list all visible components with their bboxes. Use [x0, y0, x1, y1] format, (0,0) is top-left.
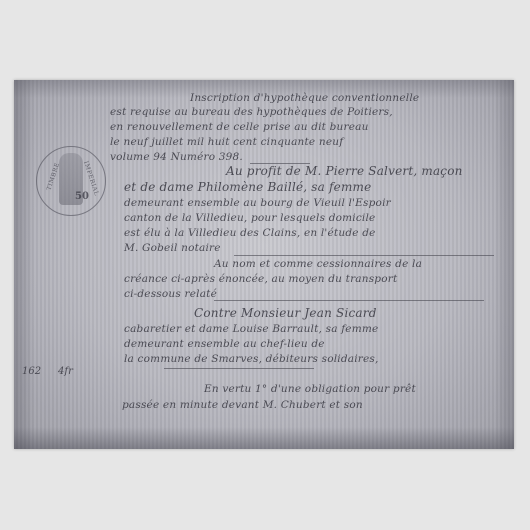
document-sheet: TIMBRE IMPERIAL 50 Inscription d'hypothè…	[14, 80, 514, 449]
text-line: ci-dessous relaté	[124, 288, 217, 300]
text-line: la commune de Smarves, débiteurs solidai…	[124, 353, 379, 365]
text-line: En vertu 1° d'une obligation pour prêt	[204, 383, 416, 395]
divider	[164, 368, 314, 369]
text-line: le neuf juillet mil huit cent cinquante …	[110, 136, 343, 148]
text-line: en renouvellement de celle prise au dit …	[110, 121, 369, 133]
text-line: est élu à la Villedieu des Clains, en l'…	[124, 227, 376, 239]
text-line: M. Gobeil notaire	[124, 242, 221, 254]
divider	[234, 255, 494, 256]
text-line: volume 94 Numéro 398.	[110, 151, 243, 163]
margin-note-fee: 4fr	[58, 366, 73, 377]
divider	[214, 300, 484, 301]
text-line: demeurant ensemble au bourg de Vieuil l'…	[124, 197, 391, 209]
text-line: créance ci-après énoncée, au moyen du tr…	[124, 273, 397, 285]
text-line: cabaretier et dame Louise Barrault, sa f…	[124, 323, 378, 335]
stamp-value: 50	[75, 191, 89, 202]
text-line: Inscription d'hypothèque conventionnelle	[190, 92, 419, 104]
text-line: passée en minute devant M. Chubert et so…	[122, 399, 363, 411]
tax-stamp: TIMBRE IMPERIAL 50	[36, 146, 106, 216]
text-line: Au profit de M. Pierre Salvert, maçon	[226, 164, 463, 178]
text-line: et de dame Philomène Baillé, sa femme	[124, 180, 371, 194]
margin-note-number: 162	[22, 366, 41, 377]
text-line: Au nom et comme cessionnaires de la	[214, 258, 422, 270]
text-line: demeurant ensemble au chef-lieu de	[124, 338, 325, 350]
text-line: Contre Monsieur Jean Sicard	[194, 306, 377, 320]
text-line: est requise au bureau des hypothèques de…	[110, 106, 393, 118]
text-line: canton de la Villedieu, pour lesquels do…	[124, 212, 375, 224]
